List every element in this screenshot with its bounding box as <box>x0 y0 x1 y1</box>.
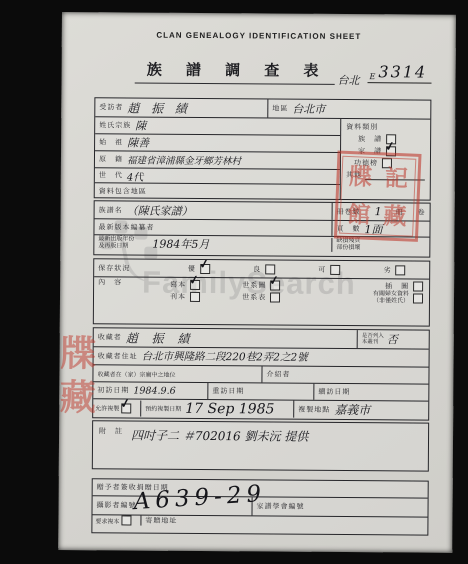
content-pedigree-chart-checkbox <box>270 280 280 290</box>
compiler-label: 最新版本編纂者 <box>98 222 154 232</box>
condition-option-good: 良 <box>253 264 261 274</box>
surname-value: 陳 <box>135 118 146 134</box>
pubdate-label-line2: 及再版日期 <box>98 243 134 250</box>
chinese-title: 族 譜 調 查 表 <box>135 59 335 85</box>
doc-class-option-label: 功德榜 <box>354 158 378 168</box>
volumes-label: 冊卷數 <box>337 206 361 216</box>
origin-label: 原 籍 <box>99 154 123 164</box>
copy-permit-label: 允許複製 <box>95 403 119 412</box>
address-label: 收藏者住址 <box>98 351 138 361</box>
screenshot-root: { "header": { "english_title": "CLAN GEN… <box>0 0 468 564</box>
holder-value: 趙 振 績 <box>126 329 195 346</box>
generations-label: 世 代 <box>99 170 123 180</box>
region-value: 台北市 <box>292 101 325 117</box>
first-visit-label: 初訪日期 <box>97 385 129 395</box>
section-interviewee-table: 受訪者 趙 振 績 地區 台北市 姓氏宗族 陳 始 祖 陳善 原 籍 <box>94 97 432 200</box>
genealogy-title-label: 族譜名 <box>99 205 123 215</box>
content-pedigree-table-label: 世系表 <box>242 292 266 302</box>
content-women-data-note: （非僅姓氏） <box>373 298 409 305</box>
copy-request-label: 要求複本 <box>95 516 119 525</box>
revisit-label: 重訪日期 <box>212 386 244 396</box>
other-label: 其他 <box>346 170 362 180</box>
location-handwritten: 台北 <box>337 72 359 88</box>
content-illustration-checkbox <box>413 281 423 291</box>
copy-date-label: 預約複製日期 <box>145 404 181 413</box>
interviewee-value: 趙 振 績 <box>127 99 191 116</box>
position-label: 收藏者在（家）宗廟中之地位 <box>97 369 175 379</box>
volumes-unit-book: 冊 <box>396 207 404 217</box>
content-women-data-checkbox <box>413 293 423 303</box>
first-visit-value: 1984.9.6 <box>133 385 175 396</box>
introducer-label: 介紹者 <box>266 369 290 379</box>
genealogy-title-value: （陳氏家譜） <box>127 202 193 218</box>
volumes-value: 1 <box>375 205 382 218</box>
section-volume-table: 族譜名 （陳氏家譜） 冊卷數 1 冊 卷 最新版本編纂者 頁 數 1面 最新出版… <box>93 200 430 257</box>
surname-label: 姓氏宗族 <box>99 120 131 130</box>
doc-class-option-label: 家 譜 <box>358 146 382 156</box>
founder-label: 始 祖 <box>99 137 123 147</box>
photographer-number-label: 攝影者編號 <box>97 500 137 510</box>
condition-option-fair: 可 <box>318 264 326 274</box>
doc-class-title: 資料類別 <box>346 122 378 132</box>
copy-request-checkbox <box>121 515 131 525</box>
volumes-unit-scroll: 卷 <box>418 207 426 217</box>
merit-board-checkbox <box>382 158 392 168</box>
series-label-line2: 本叢刊 <box>362 339 384 345</box>
interviewee-label: 受訪者 <box>99 102 123 112</box>
damage-label-line2: 部份損壞 <box>336 245 360 252</box>
copy-date-value: 17 Sep 1985 <box>185 400 274 417</box>
content-manuscript-checkbox <box>190 280 200 290</box>
generations-value: 4代 <box>127 168 143 183</box>
ref-number-value: 3314 <box>378 62 427 81</box>
mail-address-label: 寄贈地址 <box>145 516 177 526</box>
content-label: 內 容 <box>98 277 122 287</box>
reference-number: E 3314 <box>368 62 432 83</box>
address-value: 台北市興隆路二段220巷2弄2之2號 <box>142 349 308 365</box>
condition-option-poor: 劣 <box>384 265 392 275</box>
origin-value: 福建省漳浦縣金牙鄉芳林村 <box>127 152 241 167</box>
doc-class-option-label: 族 譜 <box>358 134 382 144</box>
content-printed-label: 刊本 <box>170 292 186 302</box>
copy-permit-checkbox <box>121 403 131 413</box>
content-pedigree-chart-label: 世系圖 <box>242 280 266 290</box>
followup-visit-label: 續訪日期 <box>318 387 350 397</box>
english-title: CLAN GENEALOGY IDENTIFICATION SHEET <box>62 30 456 42</box>
founder-value: 陳善 <box>127 134 149 150</box>
holder-label: 收藏者 <box>98 332 122 342</box>
copy-place-label: 複製地點 <box>298 404 330 414</box>
scanned-genealogy-sheet: CLAN GENEALOGY IDENTIFICATION SHEET 族 譜 … <box>58 12 456 553</box>
pages-value: 1面 <box>364 221 382 237</box>
content-manuscript-label: 寫本 <box>170 280 186 290</box>
notes-label: 附 註 <box>99 426 123 436</box>
area-label: 資料包含地區 <box>99 186 147 196</box>
notes-value: 四吋子二 ＃702016 劉未沅 提供 <box>131 426 308 444</box>
section-condition-table: 保存狀況 優 良 可 劣 <box>93 258 430 326</box>
ref-prefix: E <box>370 72 376 81</box>
content-illustration-label: 插 圖 <box>385 281 409 291</box>
region-label: 地區 <box>272 103 288 113</box>
condition-label: 保存狀況 <box>98 263 130 273</box>
condition-poor-checkbox <box>396 265 406 275</box>
section-notes-table: 附 註 四吋子二 ＃702016 劉未沅 提供 <box>92 420 429 471</box>
pubdate-value: 1984年5月 <box>152 236 209 252</box>
copy-place-value: 嘉義市 <box>334 401 370 418</box>
content-pedigree-table-checkbox <box>270 292 280 302</box>
condition-excellent-checkbox <box>200 263 210 273</box>
other-blank-line <box>365 172 425 180</box>
content-printed-checkbox <box>190 292 200 302</box>
condition-fair-checkbox <box>330 264 340 274</box>
family-register-checkbox <box>386 146 396 156</box>
pages-label: 頁 數 <box>336 223 360 233</box>
series-value: 否 <box>387 331 398 347</box>
section-holder-table: 收藏者 趙 振 績 是否列入 本叢刊 否 收藏者住址 台北市興隆路二段220巷2… <box>92 327 430 420</box>
